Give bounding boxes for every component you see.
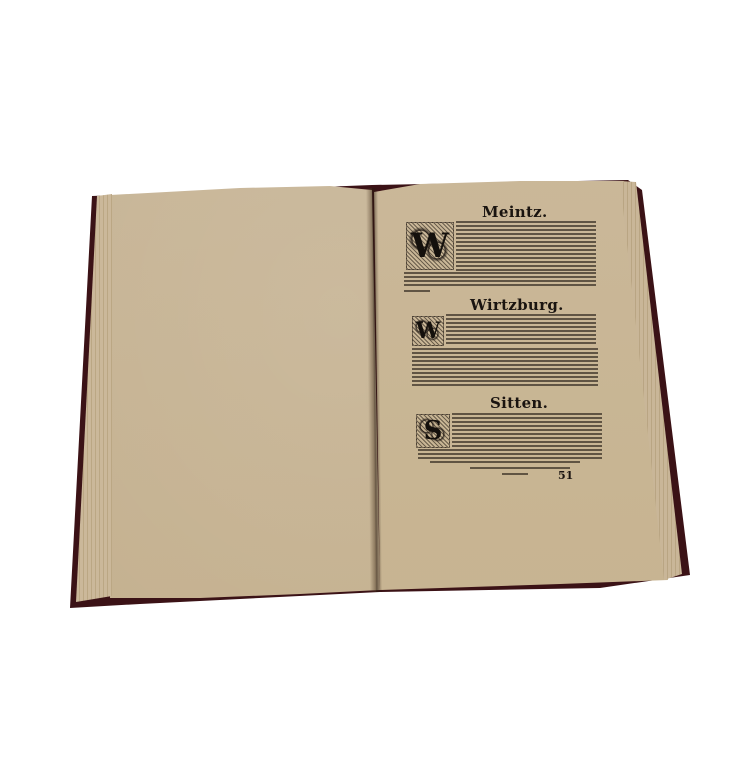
- body-text-block: [418, 449, 602, 459]
- section-heading-meintz: Meintz.: [482, 203, 548, 221]
- body-text-block: [456, 221, 596, 271]
- catchword: [502, 473, 528, 476]
- body-text-block: [412, 348, 598, 388]
- decorated-initial-letter-icon: W: [406, 222, 454, 270]
- body-text-line: [430, 461, 580, 465]
- body-text-line: [404, 290, 430, 294]
- body-text-block: [446, 314, 596, 346]
- body-text-block: [404, 272, 596, 288]
- decorated-initial-letter-icon: W: [412, 316, 444, 346]
- section-heading-wirtzburg: Wirtzburg.: [470, 296, 564, 314]
- page-number: 51: [558, 469, 573, 482]
- section-heading-sitten: Sitten.: [490, 394, 548, 412]
- open-book-photo: Meintz. W Wirtzburg. W Sitten. S 51: [0, 0, 755, 780]
- decorated-initial-letter-icon: S: [416, 414, 450, 448]
- body-text-block: [452, 413, 602, 447]
- body-text-line: [470, 467, 570, 471]
